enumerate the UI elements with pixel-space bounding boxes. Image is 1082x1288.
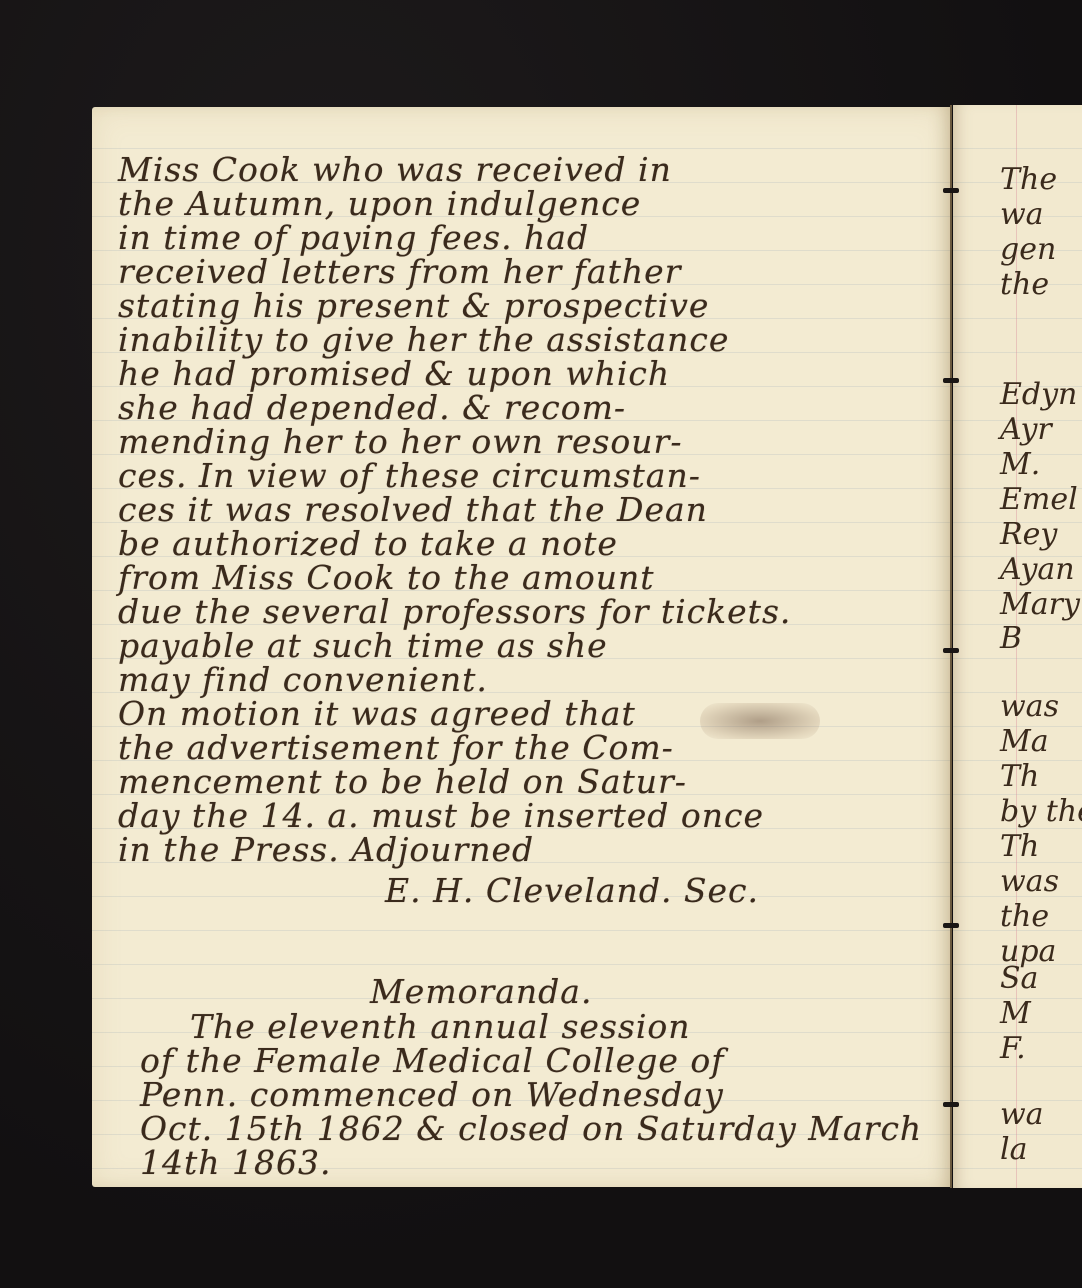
text-fragment: wa	[1000, 198, 1044, 232]
text-line: Miss Cook who was received in	[118, 153, 791, 187]
text-fragment: Th	[1000, 760, 1039, 794]
text-line: ces it was resolved that the Dean	[118, 493, 791, 527]
text-line: ces. In view of these circumstan-	[118, 459, 791, 493]
text-line: 14th 1863.	[140, 1146, 922, 1180]
text-line: of the Female Medical College of	[140, 1044, 922, 1078]
text-line: day the 14. a. must be inserted once	[118, 799, 791, 833]
text-line: in the Press. Adjourned	[118, 833, 791, 867]
text-line: payable at such time as she	[118, 629, 791, 663]
binding-stitch	[943, 1102, 959, 1107]
text-fragment: Mary	[1000, 588, 1080, 622]
binding-stitch	[943, 923, 959, 928]
text-line: received letters from her father	[118, 255, 791, 289]
binding-stitch	[943, 378, 959, 383]
text-line: mencement to be held on Satur-	[118, 765, 791, 799]
text-fragment: was	[1000, 690, 1059, 724]
text-fragment: Sa	[1000, 962, 1038, 996]
text-line: The eleventh annual session	[140, 1010, 922, 1044]
book-gutter	[950, 105, 952, 1188]
text-line: she had depended. & recom-	[118, 391, 791, 425]
text-line: Oct. 15th 1862 & closed on Saturday Marc…	[140, 1112, 922, 1146]
text-fragment: wa	[1000, 1098, 1044, 1132]
minutes-body: Miss Cook who was received in the Autumn…	[118, 153, 791, 867]
text-line: be authorized to take a note	[118, 527, 791, 561]
text-line: the advertisement for the Com-	[118, 731, 791, 765]
secretary-signature: E. H. Cleveland. Sec.	[385, 874, 759, 908]
text-line: from Miss Cook to the amount	[118, 561, 791, 595]
text-fragment: Emel	[1000, 483, 1078, 517]
text-line: Penn. commenced on Wednesday	[140, 1078, 922, 1112]
text-fragment: Th	[1000, 830, 1039, 864]
text-fragment: Ayan	[1000, 553, 1075, 587]
text-line: stating his present & prospective	[118, 289, 791, 323]
text-line: he had promised & upon which	[118, 357, 791, 391]
text-fragment: was	[1000, 865, 1059, 899]
text-line: the Autumn, upon indulgence	[118, 187, 791, 221]
text-line: may find convenient.	[118, 663, 791, 697]
text-fragment: M.	[1000, 448, 1040, 482]
text-fragment: The	[1000, 163, 1057, 197]
text-line: inability to give her the assistance	[118, 323, 791, 357]
text-fragment: by the	[1000, 795, 1082, 829]
text-fragment: F.	[1000, 1032, 1026, 1066]
text-fragment: the	[1000, 900, 1049, 934]
text-fragment: B	[1000, 622, 1022, 656]
memoranda-heading: Memoranda.	[370, 975, 592, 1009]
text-line: On motion it was agreed that	[118, 697, 791, 731]
text-fragment: Ma	[1000, 725, 1049, 759]
binding-stitch	[943, 648, 959, 653]
text-fragment: the	[1000, 268, 1049, 302]
text-fragment: Ayr	[1000, 413, 1052, 447]
text-fragment: Edyn	[1000, 378, 1077, 412]
text-fragment: gen	[1000, 233, 1056, 267]
text-line: mending her to her own resour-	[118, 425, 791, 459]
memoranda-body: The eleventh annual session of the Femal…	[140, 1010, 922, 1180]
text-line: in time of paying fees. had	[118, 221, 791, 255]
text-fragment: Rey	[1000, 518, 1057, 552]
text-fragment: M	[1000, 997, 1031, 1031]
text-fragment: la	[1000, 1133, 1027, 1167]
text-line: due the several professors for tickets.	[118, 595, 791, 629]
binding-stitch	[943, 188, 959, 193]
